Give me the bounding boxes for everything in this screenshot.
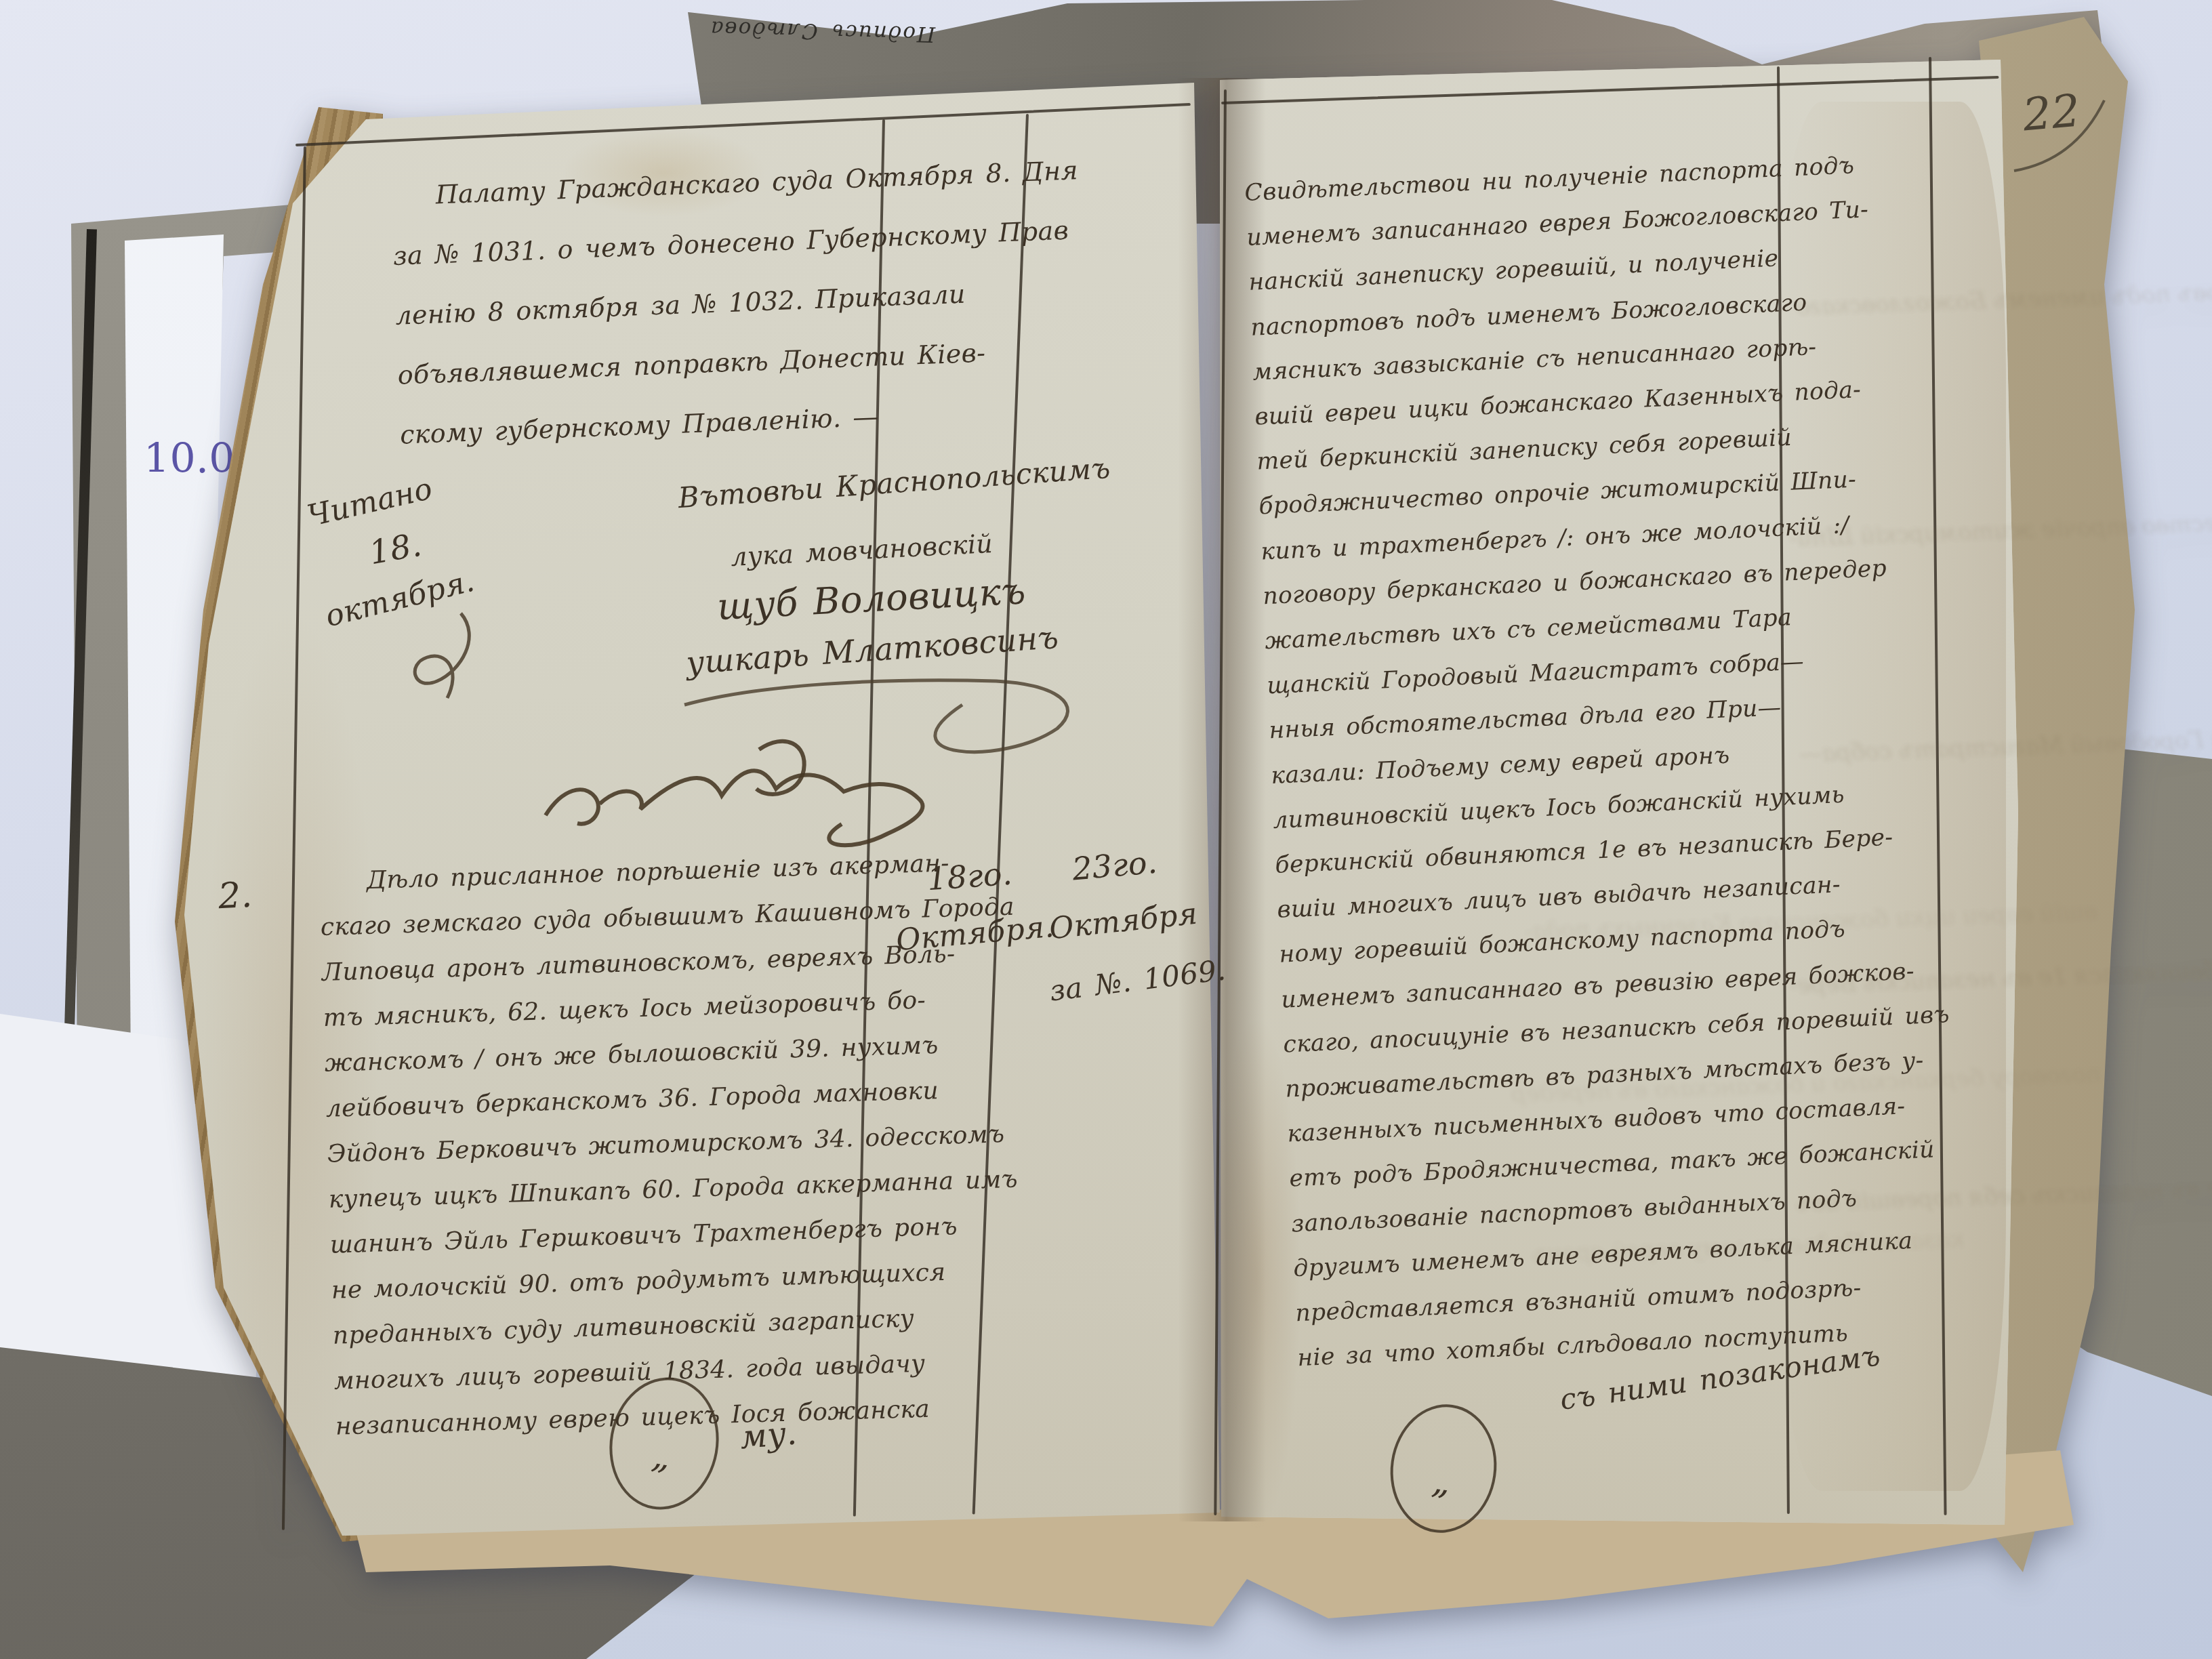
date-resolved-day: 23го. [1071, 844, 1159, 888]
right-page-text-block: Свидѣтельствои ни полученіе паспорта под… [1244, 147, 1826, 1381]
entry-end-quote: „ [649, 1435, 674, 1479]
secretary-flourish [535, 731, 969, 859]
entry-text-block: Дѣло присланное порѣшеніе изъ акерман- с… [319, 842, 898, 1449]
book-block: 22 Палату Гражданскаго суда Октября 8. Д… [0, 0, 2212, 1659]
date-received-day: 18го. [926, 855, 1013, 898]
read-note-flourish [380, 610, 501, 712]
right-end-quote: „ [1430, 1460, 1454, 1503]
entry-suffix: му. [739, 1414, 798, 1456]
entry-number: 2. [217, 875, 253, 918]
resolution-block: Палату Гражданскаго суда Октября 8. Дня … [390, 148, 902, 465]
page-number-flourish [2006, 95, 2114, 176]
